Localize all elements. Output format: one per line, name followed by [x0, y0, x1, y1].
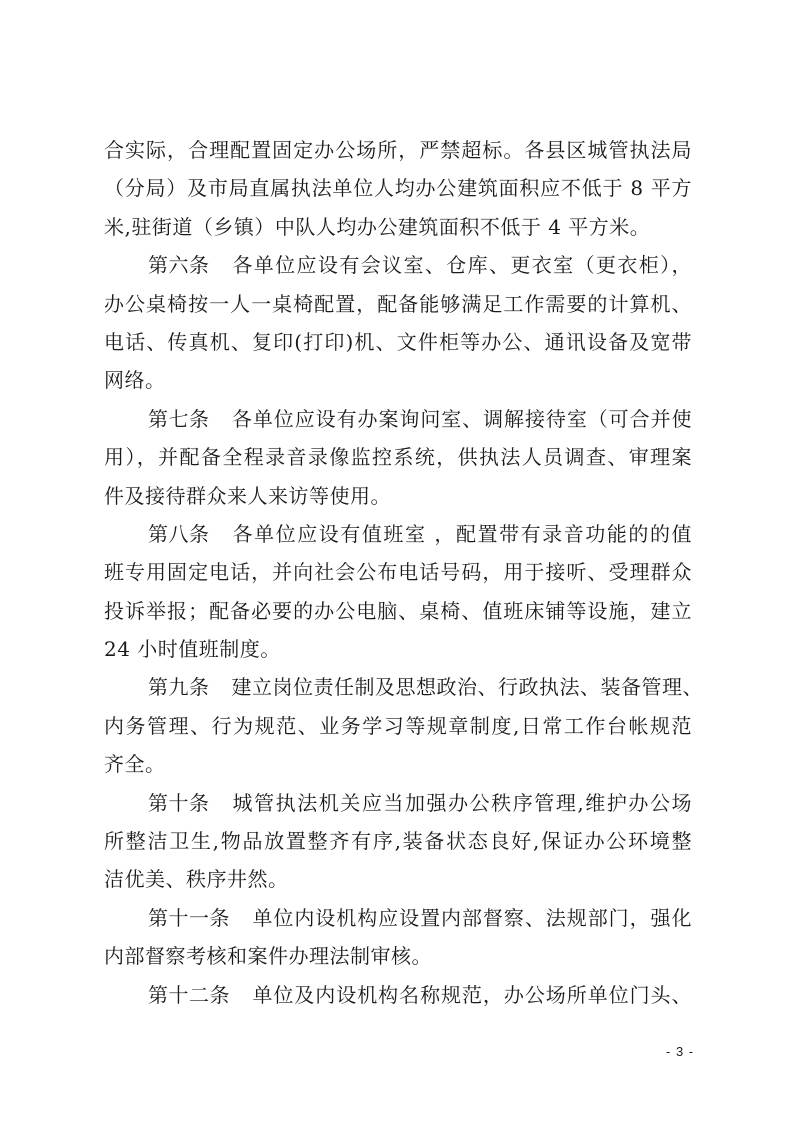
- article-9-first-line: 第九条建立岗位责任制及思想政治、行政执法、装备管理、: [104, 668, 692, 706]
- text-line: 件及接待群众来人来访等使用。: [104, 477, 692, 515]
- article-number: 第八条: [148, 515, 210, 553]
- article-number: 第九条: [148, 668, 210, 706]
- article-number: 第十一条: [148, 899, 230, 937]
- article-number: 第十二条: [148, 976, 230, 1014]
- article-6-first-line: 第六条各单位应设有会议室、仓库、更衣室（更衣柜），: [104, 246, 692, 284]
- article-text: 单位及内设机构名称规范，办公场所单位门头、: [252, 983, 692, 1007]
- text-line: 合实际，合理配置固定办公场所，严禁超标。各县区城管执法局: [104, 131, 692, 169]
- text-line: 内务管理、行为规范、业务学习等规章制度,日常工作台帐规范: [104, 707, 692, 745]
- text-line: 网络。: [104, 361, 692, 399]
- article-text: 各单位应设有值班室 ，配置带有录音功能的的值: [232, 522, 693, 546]
- text-line: 电话、传真机、复印(打印)机、文件柜等办公、通讯设备及宽带: [104, 323, 692, 361]
- document-page: 合实际，合理配置固定办公场所，严禁超标。各县区城管执法局 （分局）及市局直属执法…: [0, 0, 793, 1122]
- article-text: 建立岗位责任制及思想政治、行政执法、装备管理、: [232, 675, 704, 699]
- article-12-first-line: 第十二条单位及内设机构名称规范，办公场所单位门头、: [104, 976, 692, 1014]
- text-line: 班专用固定电话，并向社会公布电话号码，用于接听、受理群众: [104, 553, 692, 591]
- text-line: 洁优美、秩序井然。: [104, 860, 692, 898]
- text-line: 齐全。: [104, 745, 692, 783]
- page-number: - 3 -: [666, 1044, 694, 1059]
- article-number: 第十条: [148, 784, 210, 822]
- article-text: 城管执法机关应当加强办公秩序管理,维护办公场: [232, 791, 693, 815]
- text-line: 办公桌椅按一人一桌椅配置，配备能够满足工作需要的计算机、: [104, 285, 692, 323]
- article-number: 第七条: [148, 400, 210, 438]
- document-body: 合实际，合理配置固定办公场所，严禁超标。各县区城管执法局 （分局）及市局直属执法…: [104, 131, 692, 1014]
- text-line: 投诉举报；配备必要的办公电脑、桌椅、值班床铺等设施，建立: [104, 592, 692, 630]
- text-line: 所整洁卫生,物品放置整齐有序,装备状态良好,保证办公环境整: [104, 822, 692, 860]
- article-10-first-line: 第十条城管执法机关应当加强办公秩序管理,维护办公场: [104, 784, 692, 822]
- text-line: 米,驻街道（乡镇）中队人均办公建筑面积不低于 4 平方米。: [104, 208, 692, 246]
- article-text: 单位内设机构应设置内部督察、法规部门，强化: [252, 906, 692, 930]
- article-8-first-line: 第八条各单位应设有值班室 ，配置带有录音功能的的值: [104, 515, 692, 553]
- text-line: 24 小时值班制度。: [104, 630, 692, 668]
- article-text: 各单位应设有办案询问室、调解接待室（可合并使: [232, 407, 693, 431]
- text-line: 内部督察考核和案件办理法制审核。: [104, 937, 692, 975]
- article-number: 第六条: [148, 246, 210, 284]
- article-11-first-line: 第十一条单位内设机构应设置内部督察、法规部门，强化: [104, 899, 692, 937]
- article-7-first-line: 第七条各单位应设有办案询问室、调解接待室（可合并使: [104, 400, 692, 438]
- article-text: 各单位应设有会议室、仓库、更衣室（更衣柜），: [232, 253, 693, 277]
- text-line: （分局）及市局直属执法单位人均办公建筑面积应不低于 8 平方: [104, 169, 692, 207]
- text-line: 用），并配备全程录音录像监控系统，供执法人员调查、审理案: [104, 438, 692, 476]
